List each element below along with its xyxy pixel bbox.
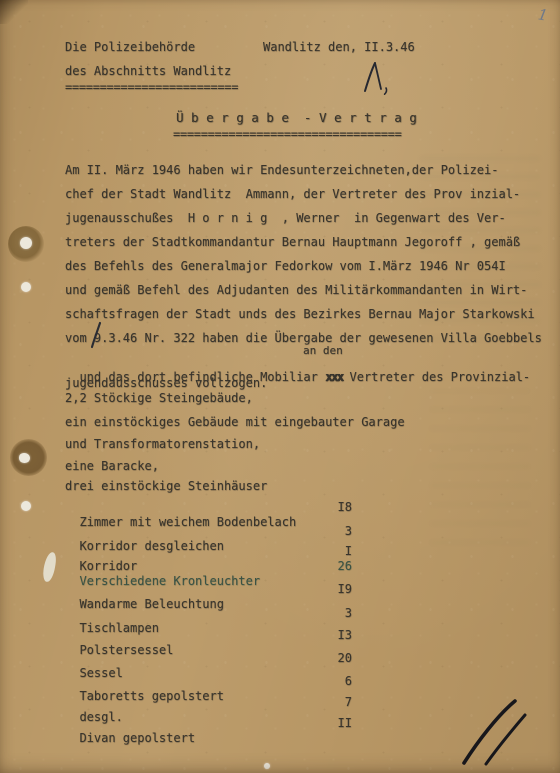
handwritten-pen-strokes [452,693,542,771]
inventory-count: I8 [308,500,352,515]
white-correction-smudge [42,551,58,582]
building-line: 2,2 Stöckige Steingebäude, [65,391,253,406]
typed-strikeout: xxx [325,370,342,384]
sender-org-line2: des Abschnitts Wandlitz [65,64,231,79]
document-title-underline: ================================= [173,127,402,142]
building-line: eine Baracke, [65,459,159,474]
building-line: drei einstöckige Steinhäuser [65,479,267,494]
scanned-document-page: { "colors": { "paper": "#b79664", "ink":… [0,0,560,773]
inventory-row: Divan gepolstert II [65,716,195,761]
paragraph-line: jugenausschußes H o r n i g , Werner in … [65,211,506,226]
bottom-edge-speck [264,763,270,769]
interline-insertion: an den [303,343,343,358]
punch-hole-small-upper [21,282,31,292]
pencil-page-number: 1 [537,5,550,24]
inventory-label: Divan gepolstert [79,731,195,745]
paragraph-line: Am II. März 1946 haben wir Endesunterzei… [65,163,498,178]
sender-org-line1: Die Polizeibehörde [65,40,195,55]
paragraph-line: chef der Stadt Wandlitz Ammann, der Vert… [65,187,520,202]
paragraph-line: treters der Stadtkommandantur Bernau Hau… [65,235,520,250]
paragraph-line: und gemäß Befehl des Adjudanten des Mili… [65,283,527,298]
inventory-count: I9 [308,582,352,597]
inventory-count: 3 [308,524,352,539]
mobiliar-text-post: Vertreter des Provinzial- [342,370,530,384]
punch-hole-stain-bottom [10,439,47,476]
inventory-count: 20 [308,651,352,666]
punch-hole-small-lower [21,501,31,511]
inventory-count: 7 [308,695,352,710]
inventory-count: I3 [308,628,352,643]
paragraph-closing-line: jugendausschusses vollzogen. [65,376,267,391]
inventory-count: 26 [308,559,352,574]
bleedthrough-ghost-lower [430,390,530,560]
dateline: Wandlitz den, II.3.46 [263,40,415,55]
punch-hole-stain-top [8,226,44,262]
handwritten-digit-correction [88,320,104,350]
punch-hole-bottom [19,453,30,463]
building-line: ein einstöckiges Gebäude mit eingebauter… [65,415,405,430]
building-line: und Transformatorenstation, [65,437,260,452]
inventory-count: I [308,544,352,559]
paragraph-line: des Befehls des Generalmajor Fedorkow vo… [65,259,506,274]
paragraph-line: schaftsfragen der Stadt unds des Bezirke… [65,307,535,322]
inventory-count: II [308,716,352,731]
document-title: Ü b e r g a b e - V e r t r a g [176,110,417,125]
punch-hole-top [20,237,32,249]
sender-org-underline: ========================= [65,80,238,95]
handwritten-checkmark [360,60,400,98]
inventory-count: 3 [308,606,352,621]
inventory-count: 6 [308,674,352,689]
scan-corner-shadow [0,0,28,24]
